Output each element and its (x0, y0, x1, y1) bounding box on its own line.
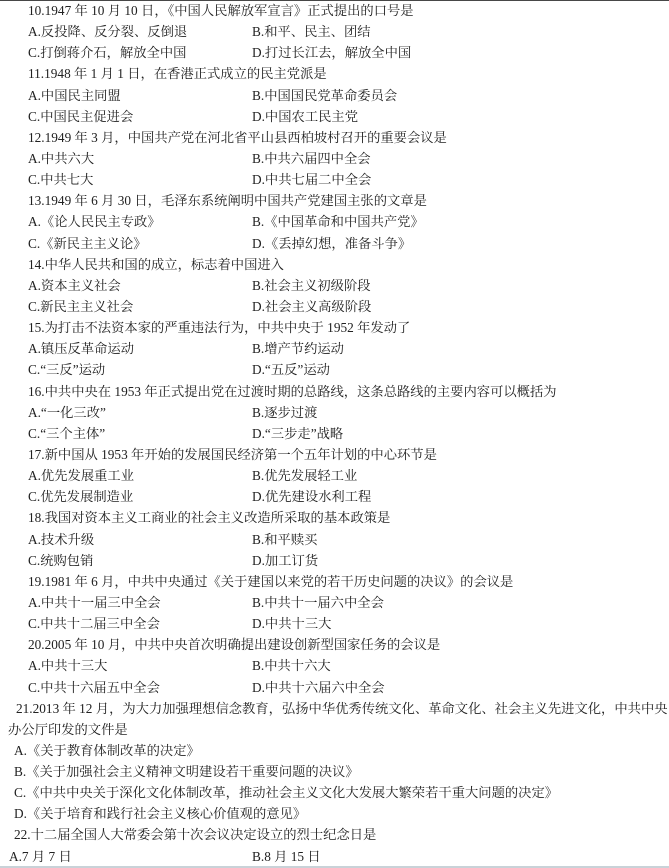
q17-option-B: B.优先发展轻工业 (252, 465, 357, 486)
q11-options-row: A.中国民主同盟B.中国国民党革命委员会 (0, 85, 669, 106)
q18-option-A: A.技术升级 (28, 529, 252, 550)
q13-options-row: A.《论人民民主专政》B.《中国革命和中国共产党》 (0, 211, 669, 232)
q16-option-A: A.“一化三改” (28, 402, 252, 423)
q21-option-A: A.《关于教育体制改革的决定》 (0, 740, 669, 761)
q21-option-B: B.《关于加强社会主义精神文明建设若干重要问题的决议》 (0, 761, 669, 782)
q18-option-C: C.统购包销 (28, 550, 252, 571)
q16-stem: 16.中共中央在 1953 年正式提出党在过渡时期的总路线，这条总路线的主要内容… (0, 381, 669, 402)
question-block-17: 17.新中国从 1953 年开始的发展国民经济第一个五年计划的中心环节是A.优先… (0, 444, 669, 507)
q16-options-row: A.“一化三改”B.逐步过渡 (0, 402, 669, 423)
q15-option-B: B.增产节约运动 (252, 338, 344, 359)
q19-option-D: D.中共十三大 (252, 613, 331, 634)
q12-options-row: A.中共六大B.中共六届四中全会 (0, 148, 669, 169)
question-block-10: 10.1947 年 10 月 10 日，《中国人民解放军宣言》正式提出的口号是A… (0, 0, 669, 63)
q16-option-D: D.“三步走”战略 (252, 423, 343, 444)
q12-option-D: D.中共七届二中全会 (252, 169, 371, 190)
question-block-20: 20.2005 年 10 月，中共中央首次明确提出建设创新型国家任务的会议是A.… (0, 634, 669, 697)
q13-option-D: D.《丢掉幻想，准备斗争》 (252, 233, 411, 254)
q10-options-row: A.反投降、反分裂、反倒退B.和平、民主、团结 (0, 21, 669, 42)
q15-options-row: C.“三反”运动D.“五反”运动 (0, 359, 669, 380)
q10-stem: 10.1947 年 10 月 10 日，《中国人民解放军宣言》正式提出的口号是 (0, 0, 669, 21)
q16-option-C: C.“三个主体” (28, 423, 252, 444)
question-block-21: 21.2013 年 12 月，为大力加强理想信念教育，弘扬中华优秀传统文化、革命… (0, 698, 669, 825)
q14-options-row: C.新民主主义社会D.社会主义高级阶段 (0, 296, 669, 317)
q20-option-B: B.中共十六大 (252, 655, 331, 676)
q11-option-B: B.中国国民党革命委员会 (252, 85, 397, 106)
q14-option-B: B.社会主义初级阶段 (252, 275, 371, 296)
question-block-16: 16.中共中央在 1953 年正式提出党在过渡时期的总路线，这条总路线的主要内容… (0, 381, 669, 444)
q14-stem: 14.中华人民共和国的成立，标志着中国进入 (0, 254, 669, 275)
q12-option-B: B.中共六届四中全会 (252, 148, 371, 169)
q21-stem-line2: 办公厅印发的文件是 (0, 719, 669, 740)
question-block-15: 15.为打击不法资本家的严重违法行为，中共中央于 1952 年发动了A.镇压反革… (0, 317, 669, 380)
question-block-11: 11.1948 年 1 月 1 日，在香港正式成立的民主党派是A.中国民主同盟B… (0, 63, 669, 126)
q17-options-row: C.优先发展制造业D.优先建设水利工程 (0, 486, 669, 507)
q14-option-A: A.资本主义社会 (28, 275, 252, 296)
q17-option-C: C.优先发展制造业 (28, 486, 252, 507)
q12-option-A: A.中共六大 (28, 148, 252, 169)
q18-options-row: C.统购包销D.加工订货 (0, 550, 669, 571)
q11-option-C: C.中国民主促进会 (28, 106, 252, 127)
q10-option-A: A.反投降、反分裂、反倒退 (28, 21, 252, 42)
q11-option-D: D.中国农工民主党 (252, 106, 358, 127)
q14-options-row: A.资本主义社会B.社会主义初级阶段 (0, 275, 669, 296)
question-block-22: 22.十二届全国人大常委会第十次会议决定设立的烈士纪念日是A.7 月 7 日B.… (0, 824, 669, 866)
q17-options-row: A.优先发展重工业B.优先发展轻工业 (0, 465, 669, 486)
q18-options-row: A.技术升级B.和平赎买 (0, 529, 669, 550)
q11-option-A: A.中国民主同盟 (28, 85, 252, 106)
q19-option-C: C.中共十二届三中全会 (28, 613, 252, 634)
q10-option-B: B.和平、民主、团结 (252, 21, 371, 42)
q15-stem: 15.为打击不法资本家的严重违法行为，中共中央于 1952 年发动了 (0, 317, 669, 338)
q22-option-B: B.8 月 15 日 (252, 846, 321, 867)
q10-options-row: C.打倒蒋介石，解放全中国D.打过长江去，解放全中国 (0, 42, 669, 63)
q10-option-D: D.打过长江去，解放全中国 (252, 42, 411, 63)
q13-option-B: B.《中国革命和中国共产党》 (252, 211, 424, 232)
q20-options-row: C.中共十六届五中全会D.中共十六届六中全会 (0, 677, 669, 698)
exam-page: 10.1947 年 10 月 10 日，《中国人民解放军宣言》正式提出的口号是A… (0, 0, 669, 868)
q15-option-D: D.“五反”运动 (252, 359, 330, 380)
q19-option-B: B.中共十一届六中全会 (252, 592, 384, 613)
q21-option-C: C.《中共中央关于深化文化体制改革，推动社会主义文化大发展大繁荣若干重大问题的决… (0, 782, 669, 803)
q17-option-A: A.优先发展重工业 (28, 465, 252, 486)
q18-stem: 18.我国对资本主义工商业的社会主义改造所采取的基本政策是 (0, 507, 669, 528)
q19-stem: 19.1981 年 6 月，中共中央通过《关于建国以来党的若干历史问题的决议》的… (0, 571, 669, 592)
q17-stem: 17.新中国从 1953 年开始的发展国民经济第一个五年计划的中心环节是 (0, 444, 669, 465)
q22-options-row: A.7 月 7 日B.8 月 15 日 (0, 846, 669, 867)
q21-stem-line1: 21.2013 年 12 月，为大力加强理想信念教育，弘扬中华优秀传统文化、革命… (0, 698, 669, 719)
question-block-19: 19.1981 年 6 月，中共中央通过《关于建国以来党的若干历史问题的决议》的… (0, 571, 669, 634)
q20-option-C: C.中共十六届五中全会 (28, 677, 252, 698)
q21-option-D: D.《关于培育和践行社会主义核心价值观的意见》 (0, 803, 669, 824)
q20-options-row: A.中共十三大B.中共十六大 (0, 655, 669, 676)
q16-option-B: B.逐步过渡 (252, 402, 317, 423)
q22-option-A: A.7 月 7 日 (9, 846, 252, 867)
q18-option-D: D.加工订货 (252, 550, 318, 571)
q13-stem: 13.1949 年 6 月 30 日，毛泽东系统阐明中国共产党建国主张的文章是 (0, 190, 669, 211)
question-block-12: 12.1949 年 3 月，中国共产党在河北省平山县西柏坡村召开的重要会议是A.… (0, 127, 669, 190)
q20-stem: 20.2005 年 10 月，中共中央首次明确提出建设创新型国家任务的会议是 (0, 634, 669, 655)
q16-options-row: C.“三个主体”D.“三步走”战略 (0, 423, 669, 444)
q12-stem: 12.1949 年 3 月，中国共产党在河北省平山县西柏坡村召开的重要会议是 (0, 127, 669, 148)
q22-stem: 22.十二届全国人大常委会第十次会议决定设立的烈士纪念日是 (0, 824, 669, 845)
q15-option-C: C.“三反”运动 (28, 359, 252, 380)
q18-option-B: B.和平赎买 (252, 529, 317, 550)
q20-option-A: A.中共十三大 (28, 655, 252, 676)
q17-option-D: D.优先建设水利工程 (252, 486, 371, 507)
q14-option-D: D.社会主义高级阶段 (252, 296, 371, 317)
q19-options-row: C.中共十二届三中全会D.中共十三大 (0, 613, 669, 634)
q15-option-A: A.镇压反革命运动 (28, 338, 252, 359)
q20-option-D: D.中共十六届六中全会 (252, 677, 385, 698)
q10-option-C: C.打倒蒋介石，解放全中国 (28, 42, 252, 63)
q13-options-row: C.《新民主主义论》D.《丢掉幻想，准备斗争》 (0, 233, 669, 254)
q19-option-A: A.中共十一届三中全会 (28, 592, 252, 613)
q12-option-C: C.中共七大 (28, 169, 252, 190)
question-block-13: 13.1949 年 6 月 30 日，毛泽东系统阐明中国共产党建国主张的文章是A… (0, 190, 669, 253)
q13-option-A: A.《论人民民主专政》 (28, 211, 252, 232)
q11-options-row: C.中国民主促进会D.中国农工民主党 (0, 106, 669, 127)
q15-options-row: A.镇压反革命运动B.增产节约运动 (0, 338, 669, 359)
question-block-18: 18.我国对资本主义工商业的社会主义改造所采取的基本政策是A.技术升级B.和平赎… (0, 507, 669, 570)
q14-option-C: C.新民主主义社会 (28, 296, 252, 317)
question-block-14: 14.中华人民共和国的成立，标志着中国进入A.资本主义社会B.社会主义初级阶段C… (0, 254, 669, 317)
q19-options-row: A.中共十一届三中全会B.中共十一届六中全会 (0, 592, 669, 613)
q13-option-C: C.《新民主主义论》 (28, 233, 252, 254)
q12-options-row: C.中共七大D.中共七届二中全会 (0, 169, 669, 190)
q11-stem: 11.1948 年 1 月 1 日，在香港正式成立的民主党派是 (0, 63, 669, 84)
